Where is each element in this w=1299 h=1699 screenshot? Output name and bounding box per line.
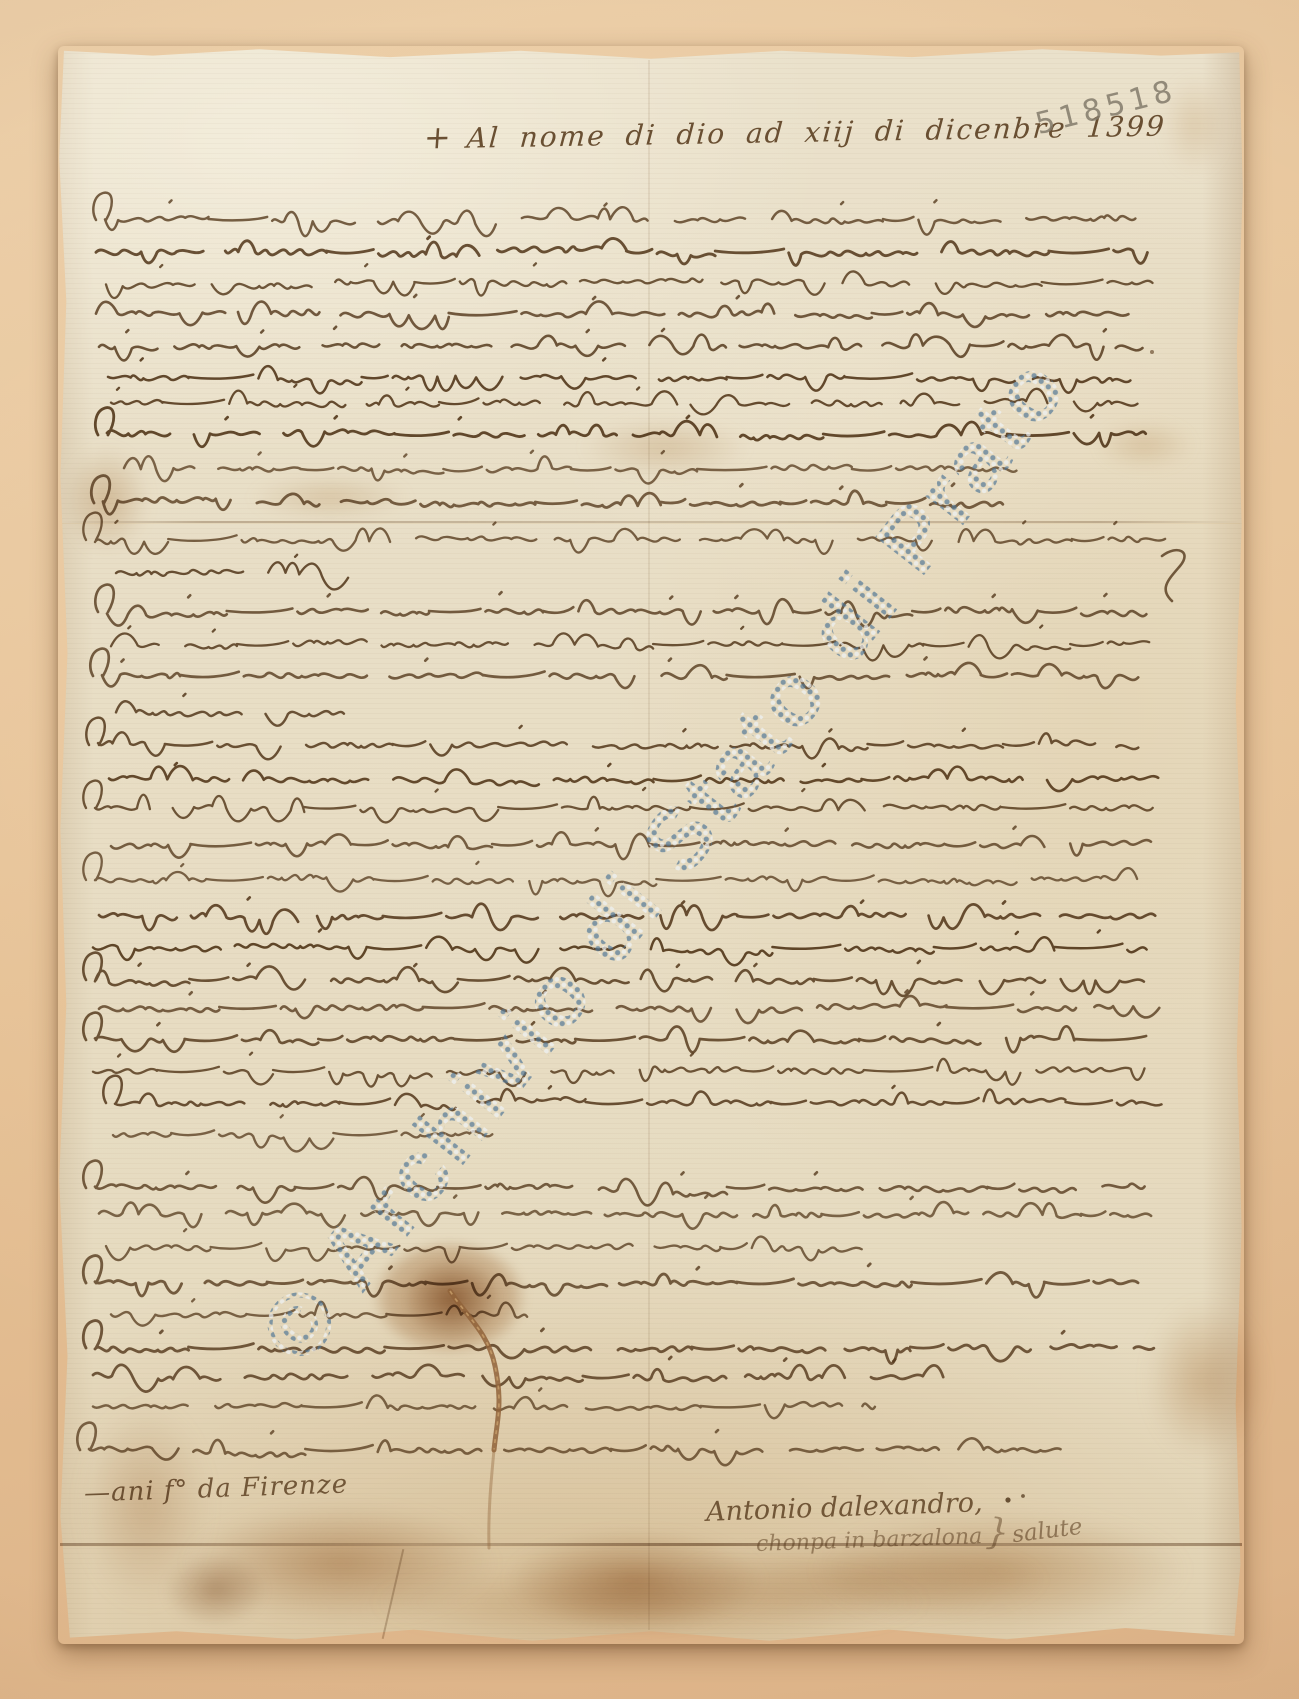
invocation-cross-icon: + — [423, 118, 454, 157]
fold-crease-lower — [60, 1543, 1242, 1546]
signature-brace: } — [985, 1511, 1011, 1553]
fold-crease-upper — [62, 521, 1240, 523]
scanned-letter-page: { "document": { "kind": "handwritten mer… — [0, 0, 1299, 1699]
